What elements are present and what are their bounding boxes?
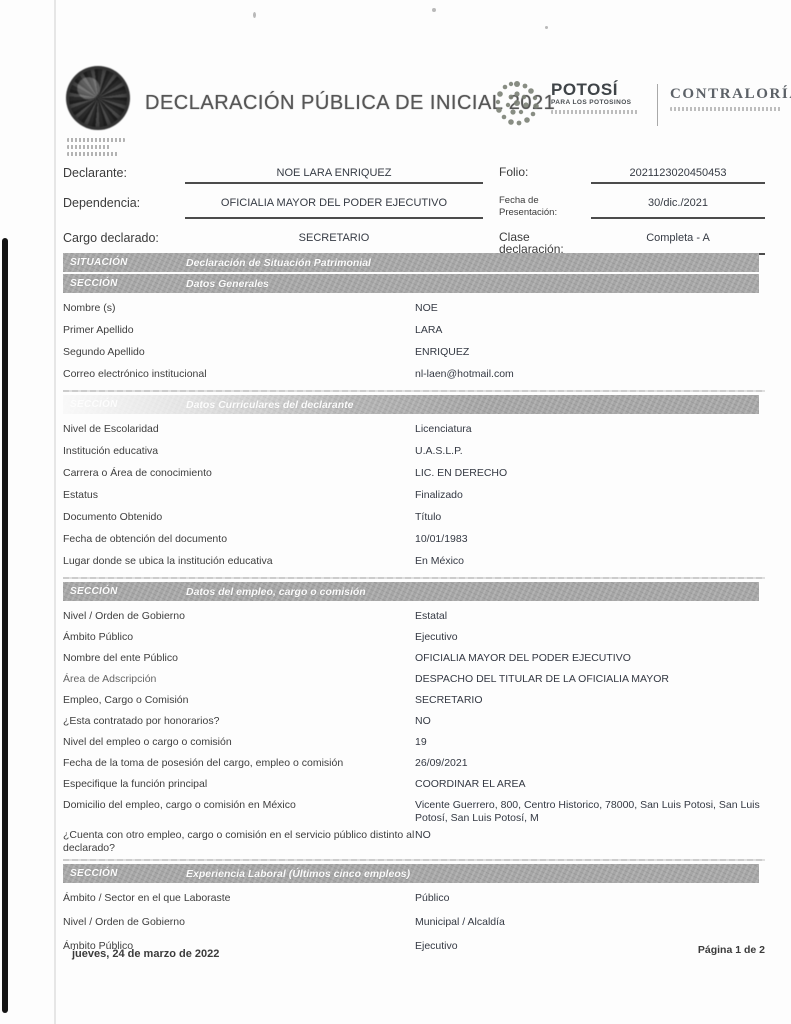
fields-datos-empleo: Nivel / Orden de Gobierno Estatal Ámbito… (63, 607, 765, 855)
cargo-declarado-label: Cargo declarado: (63, 228, 185, 255)
situacion-bar-label: SITUACIÓN (63, 257, 186, 268)
field-value: Finalizado (415, 486, 765, 502)
field-value: NO (415, 826, 765, 842)
field-label: Nivel de Escolaridad (63, 420, 415, 436)
situacion-bar-title: Declaración de Situación Patrimonial (186, 257, 371, 269)
field-row: Fecha de la toma de posesión del cargo, … (63, 754, 765, 774)
field-row: Correo electrónico institucional nl-laen… (63, 365, 765, 386)
field-row: Nombre del ente Público OFICIALIA MAYOR … (63, 649, 765, 669)
section-bar-experiencia-laboral: SECCIÓN Experiencia Laboral (Últimos cin… (63, 864, 759, 883)
field-label: Área de Adscripción (63, 670, 415, 686)
field-label: Empleo, Cargo o Comisión (63, 691, 415, 707)
field-row: ¿Cuenta con otro empleo, cargo o comisió… (63, 826, 765, 855)
declaration-summary: Declarante: NOE LARA ENRIQUEZ Folio: 202… (63, 163, 765, 264)
field-value: nl-laen@hotmail.com (415, 365, 765, 381)
potosi-wordmark: POTOSÍ (551, 82, 647, 97)
field-label: Segundo Apellido (63, 343, 415, 359)
section-bar-label: SECCIÓN (63, 278, 186, 289)
section-bar-title: Experiencia Laboral (Últimos cinco emple… (186, 868, 410, 880)
field-label: Fecha de la toma de posesión del cargo, … (63, 754, 415, 770)
field-value: Municipal / Alcaldía (415, 913, 765, 929)
contraloria-wordmark: CONTRALORÍA (670, 86, 791, 103)
field-value: Público (415, 889, 765, 905)
section-bar-title: Datos del empleo, cargo o comisión (186, 586, 366, 598)
folio-label: Folio: (499, 163, 591, 184)
field-label: Ámbito Público (63, 628, 415, 644)
divider-hairline (63, 577, 765, 579)
field-label: Lugar donde se ubica la institución educ… (63, 552, 415, 568)
folio-value: 2021123020450453 (591, 163, 765, 184)
footer-page-number: Página 1 de 2 (698, 944, 765, 960)
field-row: Nivel del empleo o cargo o comisión 19 (63, 733, 765, 753)
fields-datos-generales: Nombre (s) NOE Primer Apellido LARA Segu… (63, 299, 765, 386)
field-value: 26/09/2021 (415, 754, 765, 770)
field-label: Fecha de obtención del documento (63, 530, 415, 546)
field-label: Estatus (63, 486, 415, 502)
field-row: Empleo, Cargo o Comisión SECRETARIO (63, 691, 765, 711)
field-label: Nivel / Orden de Gobierno (63, 913, 415, 929)
potosi-smallprint (551, 110, 639, 114)
field-label: Domicilio del empleo, cargo o comisión e… (63, 796, 415, 812)
scan-speck (432, 8, 436, 12)
field-value: NOE (415, 299, 765, 315)
field-label: Nombre (s) (63, 299, 415, 315)
summary-row: Cargo declarado: SECRETARIO Clase declar… (63, 228, 765, 255)
field-row: ¿Esta contratado por honorarios? NO (63, 712, 765, 732)
field-row: Estatus Finalizado (63, 486, 765, 507)
field-row: Nivel de Escolaridad Licenciatura (63, 420, 765, 441)
scan-speck (545, 26, 548, 29)
field-value: ENRIQUEZ (415, 343, 765, 359)
fecha-presentacion-label: Fecha de Presentación: (499, 193, 591, 219)
field-label: Carrera o Área de conocimiento (63, 464, 415, 480)
paper-edge-line (54, 0, 56, 1024)
potosi-flower-icon (491, 76, 543, 132)
summary-row: Dependencia: OFICIALIA MAYOR DEL PODER E… (63, 193, 765, 219)
declarante-value: NOE LARA ENRIQUEZ (185, 163, 483, 184)
footer-date: jueves, 24 de marzo de 2022 (72, 948, 219, 960)
field-value: Vicente Guerrero, 800, Centro Historico,… (415, 796, 765, 825)
document-title: DECLARACIÓN PÚBLICA DE INICIAL 2021 (145, 92, 505, 115)
field-row: Ámbito Público Ejecutivo (63, 628, 765, 648)
clase-declaracion-value: Completa - A (591, 228, 765, 255)
divider-hairline (63, 859, 765, 861)
field-value: COORDINAR EL AREA (415, 775, 765, 791)
field-value: SECRETARIO (415, 691, 765, 707)
divider-hairline (63, 390, 765, 392)
field-value: NO (415, 712, 765, 728)
section-bar-datos-generales: SECCIÓN Datos Generales (63, 274, 759, 293)
scan-speck (253, 12, 256, 18)
dependencia-value: OFICIALIA MAYOR DEL PODER EJECUTIVO (185, 193, 483, 219)
situacion-bar: SITUACIÓN Declaración de Situación Patri… (63, 253, 759, 272)
field-value: U.A.S.L.P. (415, 442, 765, 458)
section-bar-datos-curriculares: SECCIÓN Datos Curriculares del declarant… (63, 395, 759, 414)
field-row: Lugar donde se ubica la institución educ… (63, 552, 765, 573)
field-label: Institución educativa (63, 442, 415, 458)
declaration-content: SITUACIÓN Declaración de Situación Patri… (63, 253, 765, 964)
contraloria-smallprint (670, 107, 782, 111)
field-row: Carrera o Área de conocimiento LIC. EN D… (63, 464, 765, 485)
section-bar-label: SECCIÓN (63, 399, 186, 410)
field-label: Nivel / Orden de Gobierno (63, 607, 415, 623)
clase-declaracion-label: Clase declaración: (499, 228, 591, 255)
field-row: Primer Apellido LARA (63, 321, 765, 342)
scanned-declaration-page: DECLARACIÓN PÚBLICA DE INICIAL 2021 POTO… (0, 0, 791, 1024)
field-value: LIC. EN DERECHO (415, 464, 765, 480)
field-row: Especifique la función principal COORDIN… (63, 775, 765, 795)
field-row: Nivel / Orden de Gobierno Estatal (63, 607, 765, 627)
fecha-presentacion-value: 30/dic./2021 (591, 193, 765, 219)
government-logos: POTOSÍ PARA LOS POTOSINOS CONTRALORÍA (491, 76, 791, 132)
field-row: Fecha de obtención del documento 10/01/1… (63, 530, 765, 551)
field-row: Nivel / Orden de Gobierno Municipal / Al… (63, 913, 765, 936)
field-row: Área de Adscripción DESPACHO DEL TITULAR… (63, 670, 765, 690)
field-label: Especifique la función principal (63, 775, 415, 791)
field-row: Nombre (s) NOE (63, 299, 765, 320)
document-header: DECLARACIÓN PÚBLICA DE INICIAL 2021 POTO… (63, 58, 765, 168)
field-label: Correo electrónico institucional (63, 365, 415, 381)
section-bar-datos-empleo: SECCIÓN Datos del empleo, cargo o comisi… (63, 582, 759, 601)
field-row: Domicilio del empleo, cargo o comisión e… (63, 796, 765, 825)
field-label: ¿Esta contratado por honorarios? (63, 712, 415, 728)
field-value: 19 (415, 733, 765, 749)
scan-black-strip (2, 238, 8, 1013)
section-bar-label: SECCIÓN (63, 868, 186, 879)
summary-row: Declarante: NOE LARA ENRIQUEZ Folio: 202… (63, 163, 765, 184)
field-label: Nivel del empleo o cargo o comisión (63, 733, 415, 749)
section-bar-title: Datos Curriculares del declarante (186, 399, 353, 411)
fields-datos-curriculares: Nivel de Escolaridad Licenciatura Instit… (63, 420, 765, 573)
declarante-label: Declarante: (63, 163, 185, 184)
field-row: Documento Obtenido Título (63, 508, 765, 529)
field-value: LARA (415, 321, 765, 337)
field-value: Título (415, 508, 765, 524)
section-bar-label: SECCIÓN (63, 586, 186, 597)
contraloria-block: CONTRALORÍA (670, 86, 791, 111)
field-label: Primer Apellido (63, 321, 415, 337)
field-value: OFICIALIA MAYOR DEL PODER EJECUTIVO (415, 649, 765, 665)
dependencia-label: Dependencia: (63, 193, 185, 219)
potosi-tagline: PARA LOS POTOSINOS (551, 99, 647, 106)
field-value: Ejecutivo (415, 628, 765, 644)
field-row: Ámbito / Sector en el que Laboraste Públ… (63, 889, 765, 912)
national-seal-icon (66, 66, 130, 130)
field-label: ¿Cuenta con otro empleo, cargo o comisió… (63, 826, 415, 855)
section-bar-title: Datos Generales (186, 278, 269, 290)
field-label: Documento Obtenido (63, 508, 415, 524)
field-label: Ámbito / Sector en el que Laboraste (63, 889, 415, 905)
field-value: En México (415, 552, 765, 568)
field-row: Institución educativa U.A.S.L.P. (63, 442, 765, 463)
field-value: 10/01/1983 (415, 530, 765, 546)
field-label: Nombre del ente Público (63, 649, 415, 665)
logo-divider (657, 84, 658, 126)
potosi-wordmark-block: POTOSÍ PARA LOS POTOSINOS (551, 82, 647, 114)
seal-caption-smallprint (67, 138, 129, 159)
field-value: Estatal (415, 607, 765, 623)
field-row: Segundo Apellido ENRIQUEZ (63, 343, 765, 364)
field-value: Licenciatura (415, 420, 765, 436)
page-footer: jueves, 24 de marzo de 2022 Página 1 de … (72, 948, 765, 960)
field-value: DESPACHO DEL TITULAR DE LA OFICIALIA MAY… (415, 670, 765, 686)
cargo-declarado-value: SECRETARIO (185, 228, 483, 255)
